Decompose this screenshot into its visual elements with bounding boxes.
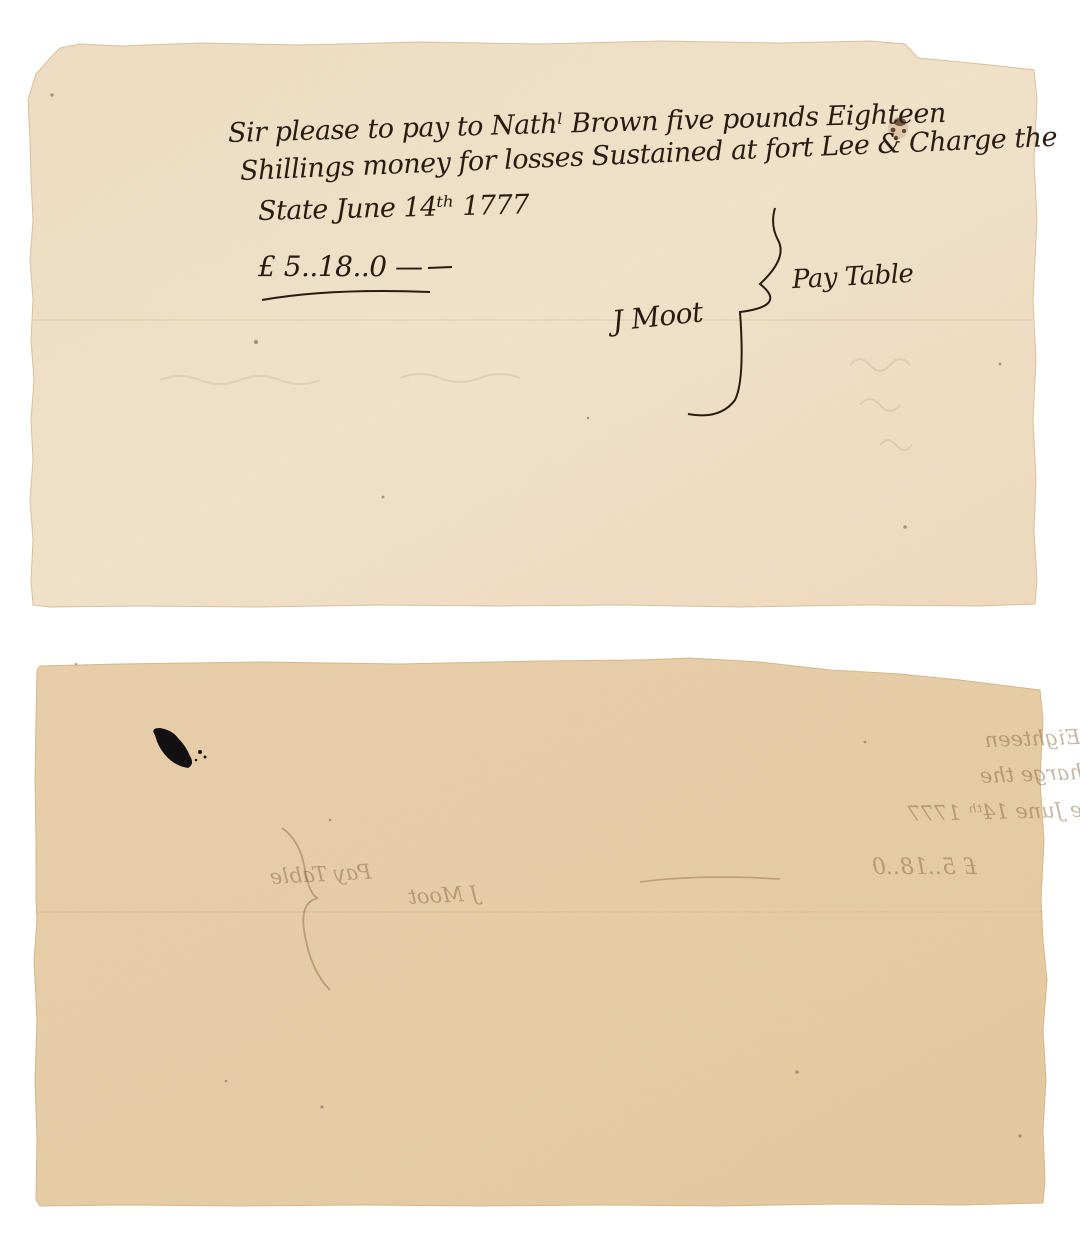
signature-title: Pay Table bbox=[791, 259, 914, 295]
amount-notation: £ 5..18..0 — bbox=[258, 250, 422, 283]
handwritten-line-3: State June 14ᵗʰ 1777 bbox=[258, 189, 530, 227]
bleed-through-line-3: State June 14ᵗʰ 1777 bbox=[908, 797, 1080, 826]
bleed-through-signature: J Moot bbox=[408, 881, 479, 909]
bleed-through-amount: £ 5..18..0 bbox=[872, 855, 977, 880]
document-front-sheet: Sir please to pay to Nathˡ Brown five po… bbox=[0, 0, 1080, 620]
paper-front bbox=[0, 0, 1080, 620]
paper-back bbox=[0, 640, 1080, 1220]
document-back-sheet bbox=[0, 640, 1080, 1220]
